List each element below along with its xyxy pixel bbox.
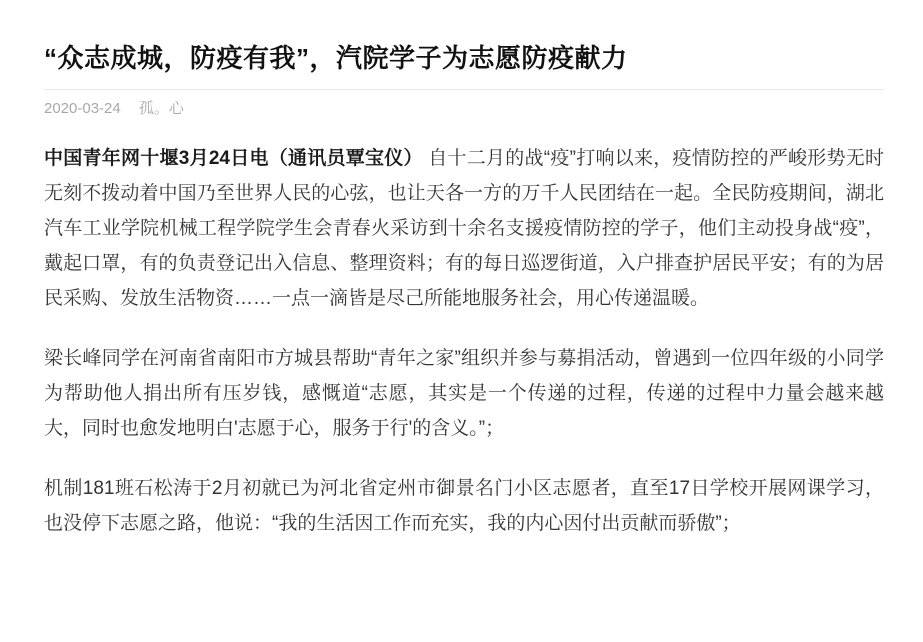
article-date: 2020-03-24 bbox=[44, 100, 121, 117]
page-title: “众志成城，防疫有我”，汽院学子为志愿防疫献力 bbox=[44, 40, 884, 76]
paragraph-3: 机制181班石松涛于2月初就已为河北省定州市御景名门小区志愿者，直至17日学校开… bbox=[44, 471, 884, 541]
paragraph-1: 中国青年网十堰3月24日电（通讯员覃宝仪） 自十二月的战“疫”打响以来，疫情防控… bbox=[44, 141, 884, 316]
article-container: “众志成城，防疫有我”，汽院学子为志愿防疫献力 2020-03-24 孤。心 中… bbox=[0, 40, 923, 541]
paragraph-1-bold-lead: 中国青年网十堰3月24日电（通讯员覃宝仪） bbox=[44, 148, 423, 169]
article-body: 中国青年网十堰3月24日电（通讯员覃宝仪） 自十二月的战“疫”打响以来，疫情防控… bbox=[44, 141, 884, 541]
paragraph-2: 梁长峰同学在河南省南阳市方城县帮助“青年之家”组织并参与募捐活动，曾遇到一位四年… bbox=[44, 341, 884, 446]
article-meta: 2020-03-24 孤。心 bbox=[44, 99, 884, 119]
title-divider bbox=[44, 89, 884, 90]
paragraph-1-text: 自十二月的战“疫”打响以来，疫情防控的严峻形势无时无刻不拨动着中国乃至世界人民的… bbox=[44, 148, 884, 309]
article-author: 孤。心 bbox=[139, 100, 184, 117]
article-page: “众志成城，防疫有我”，汽院学子为志愿防疫献力 2020-03-24 孤。心 中… bbox=[0, 0, 923, 642]
